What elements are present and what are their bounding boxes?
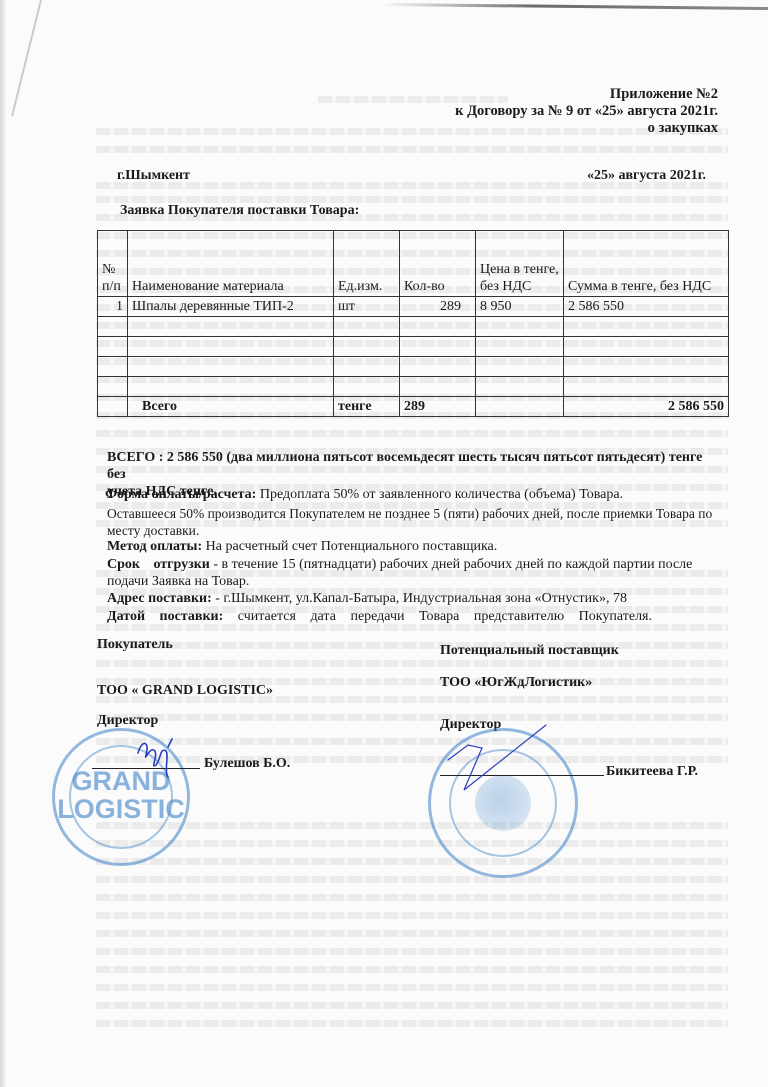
cell-name: [128, 317, 334, 337]
delivery-address: Адрес поставки: - г.Шымкент, ул.Капал-Ба…: [107, 590, 719, 607]
payment-method: Метод оплаты: На расчетный счет Потенциа…: [107, 538, 719, 555]
total-label: Всего: [128, 397, 334, 417]
cell-sum: [564, 317, 729, 337]
delivery-date-value: считается дата передачи Товара представи…: [223, 609, 652, 624]
scan-page-curl: [380, 3, 768, 10]
header-name: Наименование материала: [128, 231, 334, 297]
cell-name: [128, 337, 334, 357]
cell-price: [476, 377, 564, 397]
header-sum: Сумма в тенге, без НДС: [564, 231, 729, 297]
cell-unit: [334, 337, 400, 357]
cell-sum: 2 586 550: [564, 297, 729, 317]
cell-qty: [400, 357, 476, 377]
cell-sum: [564, 337, 729, 357]
header-unit: Ед.изм.: [334, 231, 400, 297]
cell-sum: [564, 377, 729, 397]
table-row: 1Шпалы деревянные ТИП-2шт2898 9502 586 5…: [98, 297, 729, 317]
cell-name: [128, 357, 334, 377]
cell-price: [476, 337, 564, 357]
cell-no: [98, 337, 128, 357]
cell-name: [128, 377, 334, 397]
payment-method-value: На расчетный счет Потенциального поставщ…: [202, 539, 497, 554]
buyer-position: Директор: [97, 713, 158, 729]
cell-qty: [400, 377, 476, 397]
document-page: Приложение №2 к Договору за № 9 от «25» …: [0, 0, 768, 1087]
cell-qty: [400, 337, 476, 357]
supplier-company: ТОО «ЮгЖдЛогистик»: [440, 675, 592, 691]
header-price: Цена в тенге, без НДС: [476, 231, 564, 297]
table-row: [98, 377, 729, 397]
cell-no: [98, 357, 128, 377]
supplier-signer: Бикитеева Г.Р.: [606, 764, 698, 780]
cell-sum: [564, 357, 729, 377]
appendix-number: Приложение №2: [455, 86, 718, 103]
shipment-term: Срок отгрузки - в течение 15 (пятнадцати…: [107, 556, 719, 590]
shipment-label: Срок отгрузки: [107, 557, 210, 572]
payment-form-value: Предоплата 50% от заявленного количества…: [256, 487, 623, 502]
cell-price: 8 950: [476, 297, 564, 317]
supplier-role: Потенциальный поставщик: [440, 643, 619, 659]
request-title: Заявка Покупателя поставки Товара:: [120, 203, 359, 219]
delivery-date-label: Датой поставки:: [107, 609, 223, 624]
buyer-signature: [128, 733, 178, 783]
cell-price: [476, 357, 564, 377]
scan-artifact: [11, 0, 42, 117]
cell-unit: шт: [334, 297, 400, 317]
table-total-row: Всего тенге 289 2 586 550: [98, 397, 729, 417]
address-value: - г.Шымкент, ул.Капал-Батыра, Индустриал…: [212, 591, 627, 606]
payment-form-label: Форма оплаты/расчета:: [105, 487, 256, 502]
cell-name: Шпалы деревянные ТИП-2: [128, 297, 334, 317]
total-unit: тенге: [334, 397, 400, 417]
cell-qty: [400, 317, 476, 337]
cell-no: 1: [98, 297, 128, 317]
delivery-date-term: Датой поставки: считается дата передачи …: [107, 608, 652, 625]
table-row: [98, 317, 729, 337]
cell-price: [476, 317, 564, 337]
total-sum: 2 586 550: [564, 397, 729, 417]
goods-table: № п/п Наименование материала Ед.изм. Кол…: [97, 230, 729, 417]
table-row: [98, 337, 729, 357]
buyer-role: Покупатель: [97, 637, 173, 653]
place: г.Шымкент: [117, 168, 190, 184]
cell-qty: 289: [400, 297, 476, 317]
cell-unit: [334, 377, 400, 397]
cell-no: [98, 377, 128, 397]
address-label: Адрес поставки:: [107, 591, 212, 606]
buyer-signer: Булешов Б.О.: [204, 756, 290, 772]
document-date: «25» августа 2021г.: [587, 168, 706, 184]
total-qty: 289: [400, 397, 476, 417]
cell-no: [98, 317, 128, 337]
payment-method-label: Метод оплаты:: [107, 539, 202, 554]
table-row: [98, 357, 729, 377]
table-header-row: № п/п Наименование материала Ед.изм. Кол…: [98, 231, 729, 297]
header-no: № п/п: [98, 231, 128, 297]
appendix-subject: о закупках: [455, 120, 718, 137]
scan-edge: [0, 0, 6, 1087]
appendix-contract-ref: к Договору за № 9 от «25» августа 2021г.: [455, 103, 718, 120]
payment-form: Форма оплаты/расчета: Предоплата 50% от …: [105, 486, 717, 503]
buyer-company: ТОО « GRAND LOGISTIC»: [97, 683, 273, 699]
payment-form-rest: Оставшееся 50% производится Покупателем …: [107, 505, 719, 539]
cell-unit: [334, 357, 400, 377]
supplier-signature: [438, 720, 558, 800]
cell-unit: [334, 317, 400, 337]
appendix-header: Приложение №2 к Договору за № 9 от «25» …: [455, 86, 718, 137]
header-qty: Кол-во: [400, 231, 476, 297]
